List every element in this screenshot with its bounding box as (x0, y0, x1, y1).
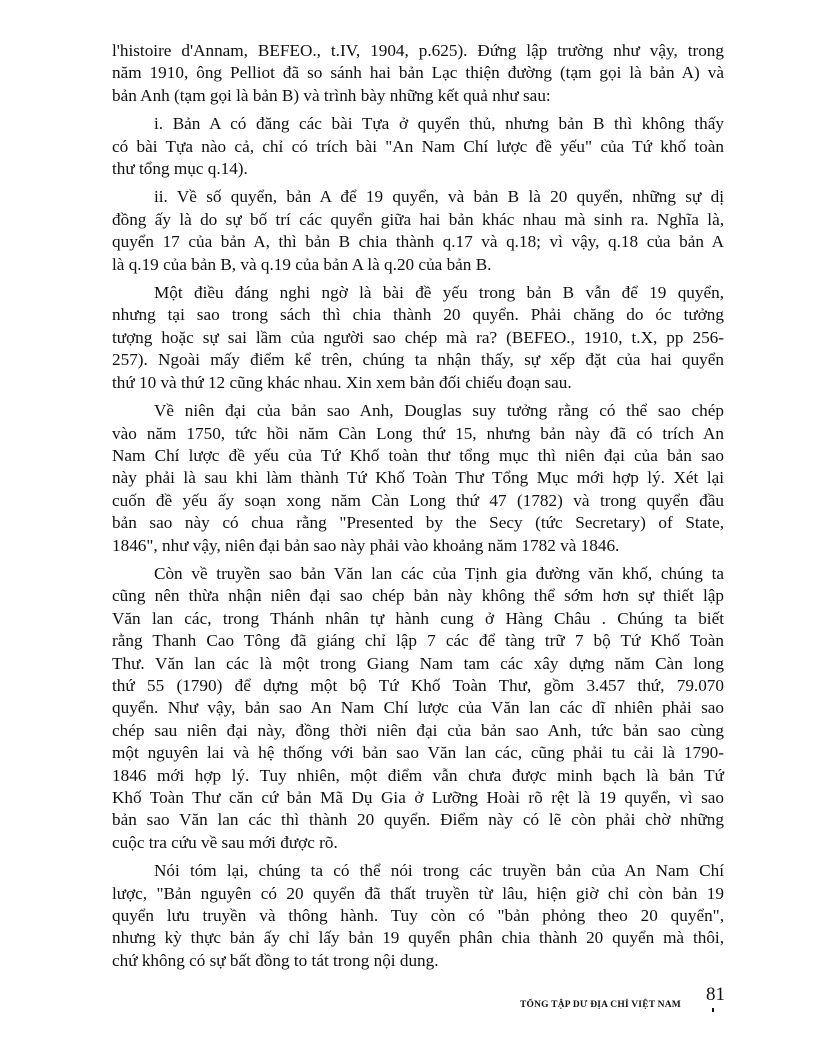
text-line: có bài Tựa nào cả, chỉ có trích bài "An … (112, 136, 724, 158)
text-line: i. Bản A có đăng các bài Tựa ở quyển thủ… (112, 113, 724, 135)
text-line: nhưng tại sao trong sách thì chia thành … (112, 304, 724, 326)
paragraph: l'histoire d'Annam, BEFEO., t.IV, 1904, … (112, 40, 724, 107)
text-line: thứ 55 (1790) để dựng một bộ Tứ Khố Toàn… (112, 675, 724, 697)
text-line: Một điều đáng nghi ngờ là bài đề yếu tro… (112, 282, 724, 304)
text-line: lược, "Bản nguyên có 20 quyển đã thất tr… (112, 883, 724, 905)
text-line: Văn lan các, trong Thánh nhân tự hành cu… (112, 608, 724, 630)
text-line: chép sau niên đại này, đồng thời niên đạ… (112, 720, 724, 742)
text-line: Khố Toàn Thư căn cứ bản Mã Dụ Gia ở Lưỡn… (112, 787, 724, 809)
text-line: bản Anh (tạm gọi là bản B) và trình bày … (112, 85, 724, 107)
text-line: rằng Thanh Cao Tông đã giáng chỉ lập 7 c… (112, 630, 724, 652)
paragraph: Nói tóm lại, chúng ta có thể nói trong c… (112, 860, 724, 972)
text-line: chứ không có sự bất đồng to tát trong nộ… (112, 950, 724, 972)
text-line: cuốn đề yếu ấy soạn xong năm Càn Long th… (112, 490, 724, 512)
page-footer: TỔNG TẬP DƯ ĐỊA CHÍ VIỆT NAM 81 (520, 984, 730, 1024)
text-line: năm 1910, ông Pelliot đã so sánh hai bản… (112, 62, 724, 84)
text-line: bản sao Văn lan các thì thành 20 quyển. … (112, 809, 724, 831)
text-line: cũng nên thừa nhận niên đại sao chép bản… (112, 585, 724, 607)
text-line: Thư. Văn lan các là một trong Giang Nam … (112, 653, 724, 675)
page-number: 81 (706, 984, 725, 1006)
text-line: là q.19 của bản B, và q.19 của bản A là … (112, 254, 724, 276)
text-line: đồng ấy là do sự bố trí các quyển giữa h… (112, 209, 724, 231)
footer-mark (712, 1008, 714, 1012)
text-line: quyển 17 của bản A, thì bản B chia thành… (112, 231, 724, 253)
text-line: Nam Chí lược đề yếu của Tứ Khố toàn thư … (112, 445, 724, 467)
text-line: quyển. Như vậy, bản sao An Nam Chí lược … (112, 697, 724, 719)
paragraph: Về niên đại của bản sao Anh, Douglas suy… (112, 400, 724, 557)
text-line: 1846 mới hợp lý. Tuy nhiên, một điểm vẫn… (112, 765, 724, 787)
text-line: thư tổng mục q.14). (112, 158, 724, 180)
text-line: nhưng kỳ thực bản ấy chỉ lấy bản 19 quyể… (112, 927, 724, 949)
text-line: thứ 10 và thứ 12 cũng khác nhau. Xin xem… (112, 372, 724, 394)
text-line: bản sao này có chua rằng "Presented by t… (112, 512, 724, 534)
paragraph: ii. Về số quyển, bản A để 19 quyển, và b… (112, 186, 724, 276)
paragraph: Một điều đáng nghi ngờ là bài đề yếu tro… (112, 282, 724, 394)
text-line: vào năm 1750, tức hồi năm Càn Long thứ 1… (112, 423, 724, 445)
text-line: quyển lưu truyền và thông hành. Tuy còn … (112, 905, 724, 927)
text-line: 1846", như vậy, niên đại bản sao này phả… (112, 535, 724, 557)
text-line: l'histoire d'Annam, BEFEO., t.IV, 1904, … (112, 40, 724, 62)
text-line: tượng hoặc sự sai lầm của người sao chép… (112, 327, 724, 349)
document-body: l'histoire d'Annam, BEFEO., t.IV, 1904, … (112, 40, 724, 978)
text-line: Còn về truyền sao bản Văn lan các của Tị… (112, 563, 724, 585)
text-line: cuộc tra cứu về sau mới được rõ. (112, 832, 724, 854)
text-line: này phải là sau khi làm thành Tứ Khố Toà… (112, 467, 724, 489)
text-line: 257). Ngoài mấy điểm kể trên, chúng ta n… (112, 349, 724, 371)
series-title: TỔNG TẬP DƯ ĐỊA CHÍ VIỆT NAM (520, 1000, 681, 1010)
paragraph: Còn về truyền sao bản Văn lan các của Tị… (112, 563, 724, 854)
paragraph: i. Bản A có đăng các bài Tựa ở quyển thủ… (112, 113, 724, 180)
text-line: Nói tóm lại, chúng ta có thể nói trong c… (112, 860, 724, 882)
text-line: ii. Về số quyển, bản A để 19 quyển, và b… (112, 186, 724, 208)
text-line: một nguyên lai và hệ thống với bản sao V… (112, 742, 724, 764)
text-line: Về niên đại của bản sao Anh, Douglas suy… (112, 400, 724, 422)
